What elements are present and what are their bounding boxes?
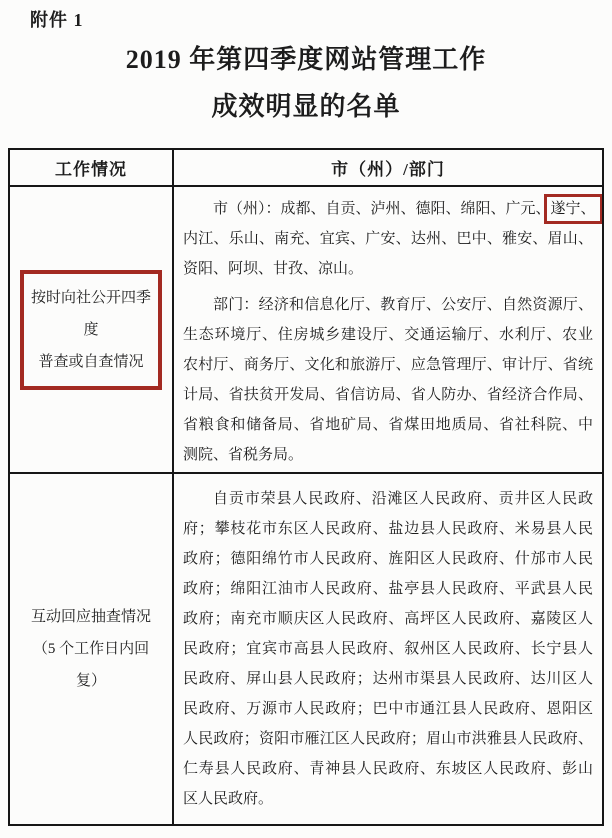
results-table: 工作情况 市（州）/部门 按时向社公开四季度 普查或自查情况 市（州）：成都、自… [8,148,604,826]
row1-label-line: 按时向社公开四季度 [26,282,156,346]
row2-label-cell: 互动回应抽查情况 （5 个工作日内回 复） [10,474,174,824]
governments-line: 人民政府；资阳市雁江区人民政府；眉山市洪雅县人民政府、 [183,724,593,754]
departments-line: 计局、省扶贫开发局、省信访局、省人防办、省经济合作局、 [183,380,593,410]
departments-line: 测院、省税务局。 [183,440,593,470]
title-line-1: 2019 年第四季度网站管理工作 [0,36,612,83]
departments-paragraph: 部门：经济和信息化厅、教育厅、公安厅、自然资源厅、 生态环境厅、住房城乡建设厅、… [183,290,593,470]
governments-line: 政府；南充市顺庆区人民政府、高坪区人民政府、嘉陵区人 [183,604,593,634]
row1-label-line: 普查或自查情况 [26,346,156,378]
document-page: 附件 1 2019 年第四季度网站管理工作 成效明显的名单 工作情况 市（州）/… [0,0,612,838]
departments-line: 生态环境厅、住房城乡建设厅、交通运输厅、水利厅、农业 [183,320,593,350]
cities-line: 内江、乐山、南充、宜宾、广安、达州、巴中、雅安、眉山、 [183,224,593,254]
governments-line: 民政府、屏山县人民政府；达州市渠县人民政府、达川区人 [183,664,593,694]
header-cell-region-department: 市（州）/部门 [174,150,602,187]
title-line-2: 成效明显的名单 [0,83,612,130]
departments-line: 农村厅、商务厅、文化和旅游厅、应急管理厅、审计厅、省统 [183,350,593,380]
governments-line: 民政府、万源市人民政府；巴中市通江县人民政府、恩阳区 [183,694,593,724]
row2-content-cell: 自贡市荣县人民政府、沿滩区人民政府、贡井区人民政 府；攀枝花市东区人民政府、盐边… [174,474,602,824]
departments-line: 省粮食和储备局、省地矿局、省煤田地质局、省社科院、中 [183,410,593,440]
cities-paragraph: 市（州）：成都、自贡、泸州、德阳、绵阳、广元、遂宁、 内江、乐山、南充、宜宾、广… [183,194,593,284]
document-title: 2019 年第四季度网站管理工作 成效明显的名单 [0,36,612,130]
row2-label-line: （5 个工作日内回 [33,633,149,665]
governments-line: 民政府；宜宾市高县人民政府、叙州区人民政府、长宁县人 [183,634,593,664]
cities-line: 资阳、阿坝、甘孜、凉山。 [183,254,593,284]
red-annotation-box-label: 按时向社公开四季度 普查或自查情况 [20,270,162,390]
governments-line: 仁寿县人民政府、青神县人民政府、东坡区人民政府、彭山 [183,754,593,784]
row2-label-line: 互动回应抽查情况 [31,601,151,633]
cities-line1-text: 市（州）：成都、自贡、泸州、德阳、绵阳、广元、 [213,201,551,217]
governments-line: 区人民政府。 [183,784,593,814]
departments-line: 部门：经济和信息化厅、教育厅、公安厅、自然资源厅、 [183,290,593,320]
row1-label-cell: 按时向社公开四季度 普查或自查情况 [10,187,174,474]
header-cell-work-status: 工作情况 [10,150,174,187]
governments-line: 政府；德阳绵竹市人民政府、旌阳区人民政府、什邡市人民 [183,544,593,574]
governments-line: 政府；绵阳江油市人民政府、盐亭县人民政府、平武县人民 [183,574,593,604]
governments-line: 府；攀枝花市东区人民政府、盐边县人民政府、米易县人民 [183,514,593,544]
cities-line: 市（州）：成都、自贡、泸州、德阳、绵阳、广元、遂宁、 [183,194,593,224]
row2-label-line: 复） [76,665,106,697]
attachment-label: 附件 1 [30,6,84,32]
red-annotation-box-suining: 遂宁、 [551,201,596,217]
row1-content-cell: 市（州）：成都、自贡、泸州、德阳、绵阳、广元、遂宁、 内江、乐山、南充、宜宾、广… [174,187,602,474]
governments-line: 自贡市荣县人民政府、沿滩区人民政府、贡井区人民政 [183,484,593,514]
